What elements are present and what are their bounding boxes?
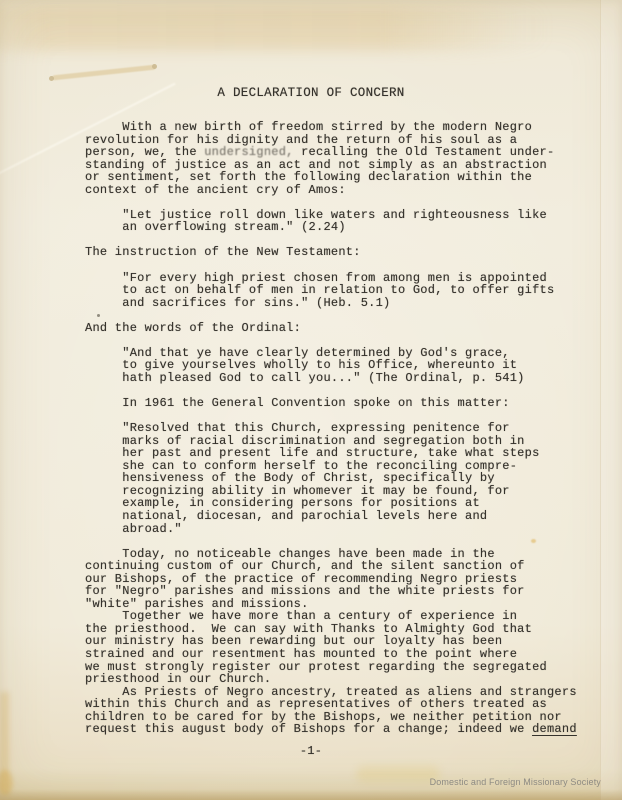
page-number: -1-: [0, 744, 622, 758]
document-title: A DECLARATION OF CONCERN: [0, 86, 622, 100]
scratch-dot: [152, 64, 157, 69]
paper-stain-top: [0, 5, 544, 51]
footer-attribution: Domestic and Foreign Missionary Society: [430, 777, 601, 787]
document-body: With a new birth of freedom stirred by t…: [85, 121, 577, 736]
scratch-dot: [49, 76, 54, 81]
faded-word: undersigned,: [204, 145, 293, 159]
paper-smear: [356, 766, 440, 782]
underlined-word: demand: [532, 722, 577, 736]
scan-edge-highlight: [600, 0, 622, 800]
paper-sheet: A DECLARATION OF CONCERN With a new birt…: [0, 0, 622, 800]
scan-edge-shadow: [0, 789, 622, 800]
scratch-mark: [52, 65, 156, 81]
body-text-segment-2: recalling the Old Testament under- stand…: [85, 145, 577, 736]
